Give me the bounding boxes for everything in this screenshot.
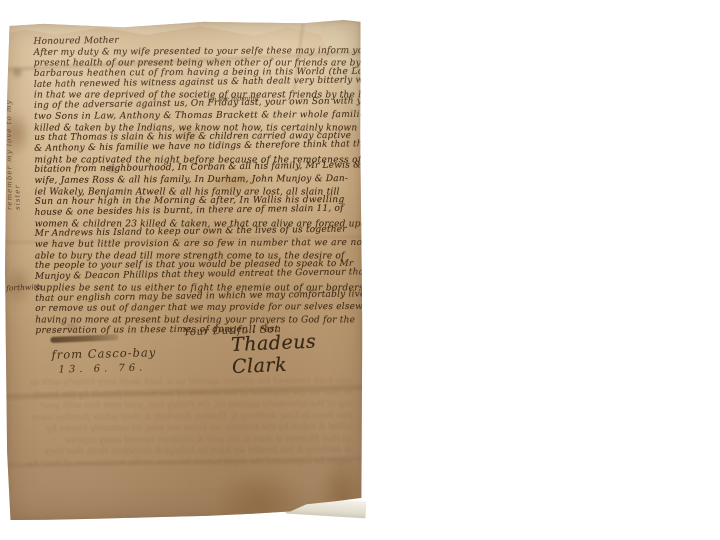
letter-line: having no more at present but desiring y… [35,315,363,326]
bleedthrough-text: late hath renewed his witness against us… [20,376,353,470]
letter-line: present health of our present being when… [34,59,362,70]
letter-line: we have but little provision & are so fe… [35,238,363,251]
interline-note: in the morning [210,94,259,103]
signature: Thadeus Clark [231,329,364,378]
place-line: from Casco-bay [51,345,156,361]
margin-word: forthwith [6,282,42,292]
letter-line: two Sons in Law, Anthony & Thomas Bracke… [34,110,362,123]
letter-paper: late hath renewed his witness against us… [3,20,363,522]
date-line: 13. 6. 76. [58,362,146,375]
letter-body: Honoured MotherAfter my duty & my wife p… [34,35,364,336]
letter-line: After my duty & my wife presented to you… [34,46,362,59]
ink-blot [12,67,23,78]
letter-line: iel Wakely, Benjamin Atwell & all his fa… [35,187,363,198]
margin-note-vertical: remember my love to my sister [5,92,19,210]
letter-line: or remove us out of danger that we may p… [35,302,363,315]
letter-line: killed & taken by the Indians, we know n… [34,123,362,134]
letter-line: able to bury the dead till more strength… [35,251,363,262]
stain [211,467,306,536]
bleedthrough-line: might be captivated the night before bec… [20,456,352,470]
letter-line: wife, James Ross & all his family, In Du… [34,174,362,187]
scan-canvas: late hath renewed his witness against us… [0,0,720,540]
